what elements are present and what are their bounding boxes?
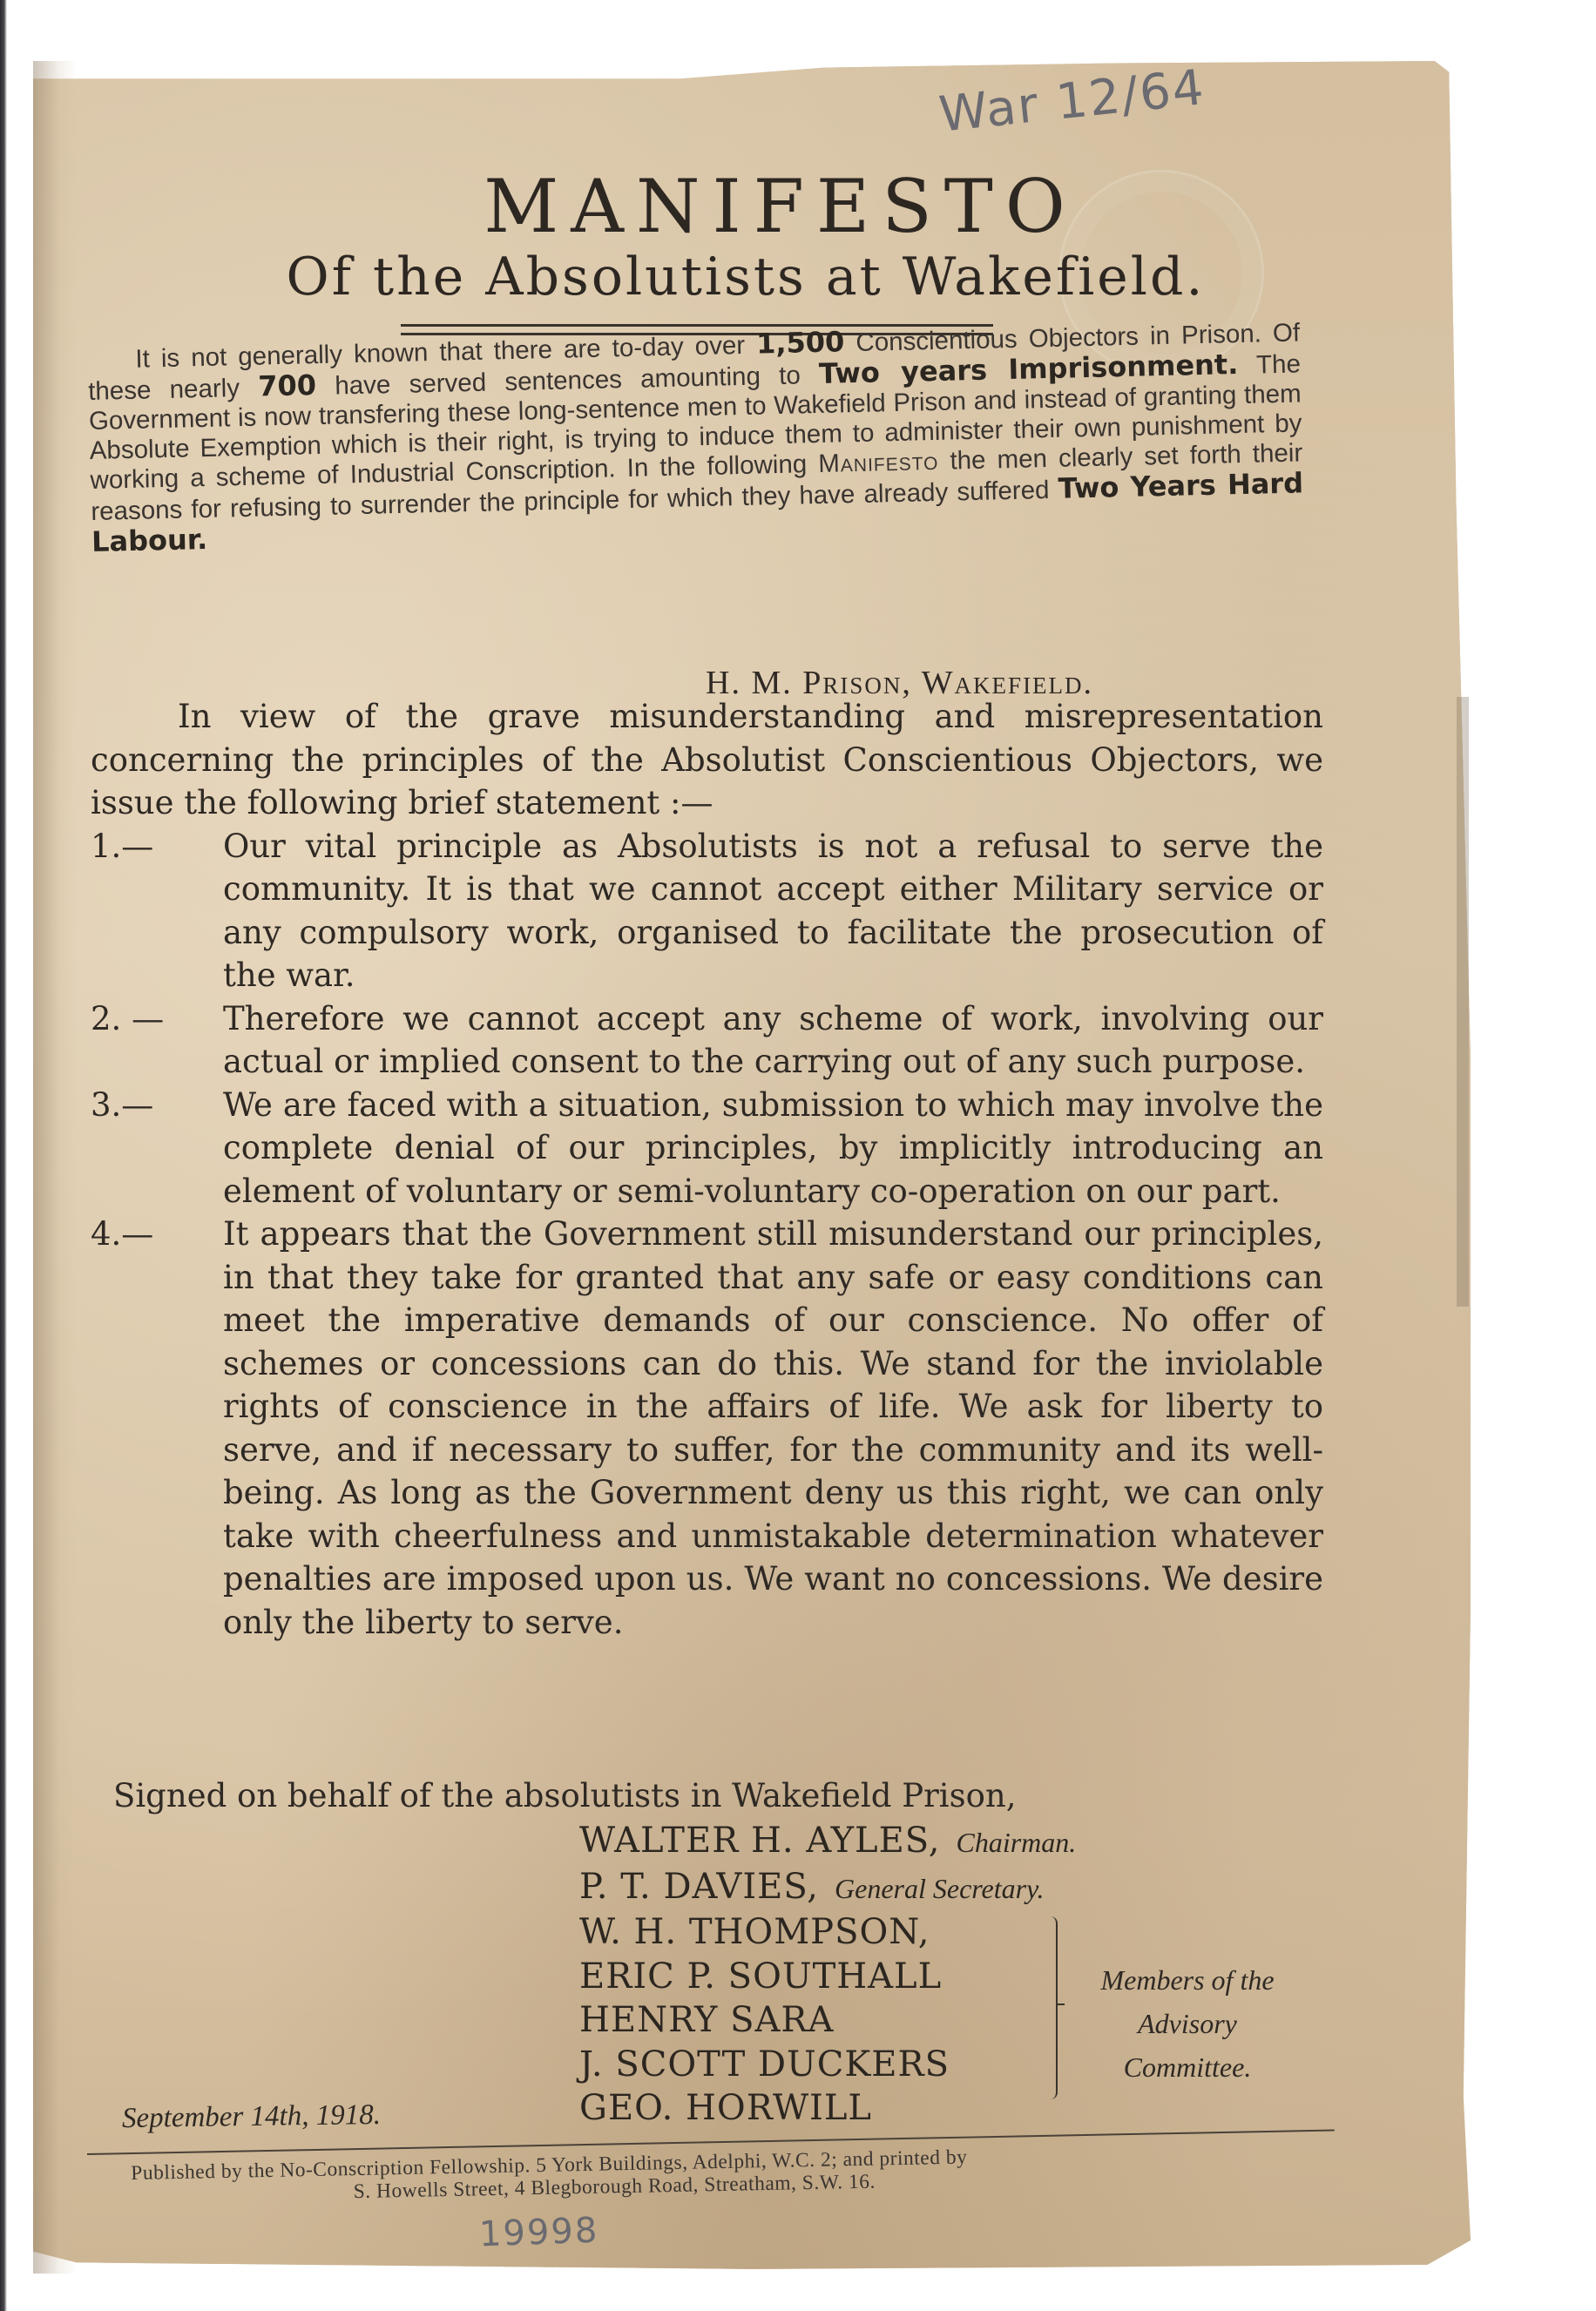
point-text: It appears that the Government still mis… <box>223 1215 1323 1641</box>
statement-point-4: 4.— It appears that the Government still… <box>91 1213 1323 1644</box>
intro-text: It is not generally known that there are… <box>87 316 1304 558</box>
statement-point-3: 3.— We are faced with a situation, submi… <box>91 1084 1323 1213</box>
paper-repair-strip <box>1457 697 1469 1307</box>
point-number: 4.— <box>91 1213 153 1256</box>
paper-torn-left-edge <box>33 61 77 2274</box>
signatory-role: Chairman. <box>956 1827 1076 1858</box>
document-date: September 14th, 1918. <box>122 2099 381 2135</box>
signatory-list: WALTER H. AYLES,Chairman. P. T. DAVIES,G… <box>579 1819 1076 2131</box>
objector-count: 1,500 <box>756 325 845 360</box>
signatory-chairman: WALTER H. AYLES,Chairman. <box>579 1819 1076 1865</box>
signatory-role: General Secretary. <box>835 1873 1045 1904</box>
point-text: Our vital principle as Absolutists is no… <box>223 828 1323 995</box>
intro-paragraph: It is not generally known that there are… <box>87 316 1304 558</box>
signatory-secretary: P. T. DAVIES,General Secretary. <box>579 1865 1076 1911</box>
scanner-edge <box>0 0 7 2311</box>
signatory-name: P. T. DAVIES, <box>579 1867 819 1907</box>
committee-label-line: Committee. <box>1070 2045 1305 2089</box>
committee-label-line: Advisory <box>1070 2002 1305 2045</box>
document-subtitle: Of the Absolutists at Wakefield. <box>0 247 1544 307</box>
committee-member: ERIC P. SOUTHALL <box>579 1955 1076 1999</box>
long-sentence-count: 700 <box>258 368 317 403</box>
point-number: 3.— <box>91 1084 153 1127</box>
catalogue-number-annotation: 19998 <box>478 2211 599 2255</box>
statement-body: In view of the grave misunderstanding an… <box>91 695 1323 1644</box>
committee-member: W. H. THOMPSON, <box>579 1910 1076 1955</box>
committee-member: HENRY SARA <box>579 1998 1076 2043</box>
statement-preamble: In view of the grave misunderstanding an… <box>91 695 1323 825</box>
document-title: MANIFESTO <box>0 164 1579 249</box>
statement-point-2: 2. — Therefore we cannot accept any sche… <box>91 997 1323 1084</box>
committee-brace <box>1044 1916 1058 2099</box>
manifesto-smallcaps: Manifesto <box>818 447 939 478</box>
committee-brace-tip <box>1056 2004 1065 2005</box>
point-text: We are faced with a situation, submissio… <box>223 1086 1323 1210</box>
point-text: Therefore we cannot accept any scheme of… <box>223 1000 1323 1081</box>
point-number: 1.— <box>91 825 153 868</box>
committee-member: GEO. HORWILL <box>579 2086 1076 2131</box>
signatory-name: WALTER H. AYLES, <box>579 1821 940 1861</box>
point-number: 2. — <box>91 997 164 1041</box>
committee-member: J. SCOTT DUCKERS <box>579 2043 1076 2087</box>
committee-label-line: Members of the <box>1070 1958 1305 2002</box>
signed-on-behalf-line: Signed on behalf of the absolutists in W… <box>113 1777 1016 1814</box>
statement-point-1: 1.— Our vital principle as Absolutists i… <box>91 825 1323 997</box>
committee-label: Members of the Advisory Committee. <box>1070 1958 1305 2089</box>
